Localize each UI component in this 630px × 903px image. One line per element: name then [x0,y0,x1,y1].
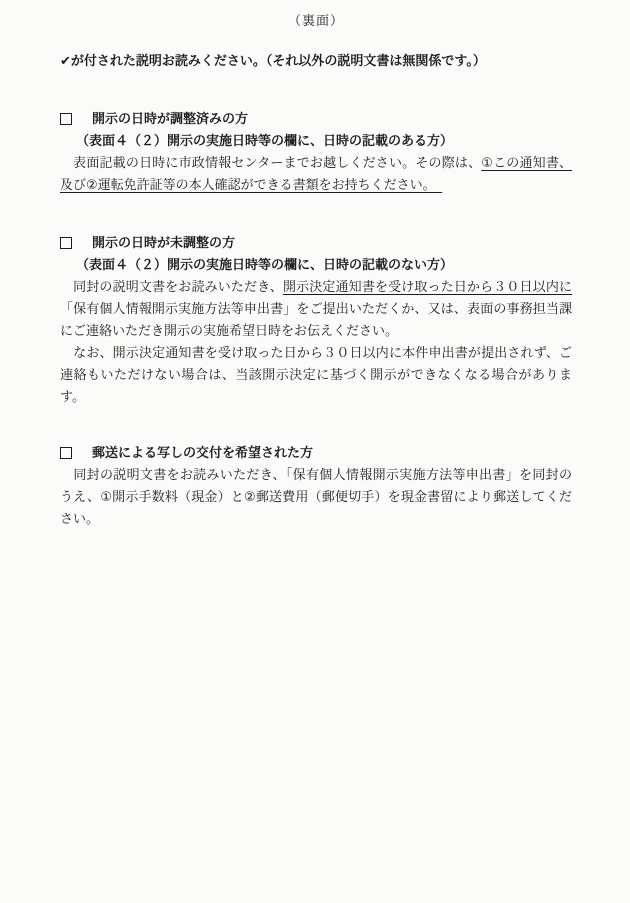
page-side-label: （裏面） [60,10,572,32]
section-paragraph: 表面記載の日時に市政情報センターまでお越しください。その際は、①この通知書、及び… [60,152,572,196]
paragraph-segment: 表面記載の日時に市政情報センターまでお越しください。その際は、 [60,155,481,170]
section-heading-row: 郵送による写しの交付を希望された方 [60,442,572,464]
paragraph-segment: 同封の説明文書をお読みいただき、 [60,279,283,294]
checkbox-icon[interactable] [60,237,72,249]
section-disclosure-date-not-arranged: 開示の日時が未調整の方 （表面４（２）開示の実施日時等の欄に、日時の記載のない方… [60,232,572,408]
checkbox-icon[interactable] [60,113,72,125]
section-heading: 郵送による写しの交付を希望された方 [92,442,313,464]
section-disclosure-date-arranged: 開示の日時が調整済みの方 （表面４（２）開示の実施日時等の欄に、日時の記載のある… [60,108,572,196]
paragraph-segment: 同封の説明文書をお読みいただき、「保有個人情報開示実施方法等申出書」を同封のうえ… [60,467,572,526]
section-copy-by-mail: 郵送による写しの交付を希望された方 同封の説明文書をお読みいただき、「保有個人情… [60,442,572,530]
section-paragraph: 同封の説明文書をお読みいただき、「保有個人情報開示実施方法等申出書」を同封のうえ… [60,464,572,530]
checkbox-icon[interactable] [60,447,72,459]
section-subheading: （表面４（２）開示の実施日時等の欄に、日時の記載のない方） [60,254,572,276]
section-heading-row: 開示の日時が未調整の方 [60,232,572,254]
section-subheading: （表面４（２）開示の実施日時等の欄に、日時の記載のある方） [60,130,572,152]
section-heading-row: 開示の日時が調整済みの方 [60,108,572,130]
paragraph-segment: なお、開示決定通知書を受け取った日から３０日以内に本件申出書が提出されず、ご連絡… [60,345,572,404]
section-heading: 開示の日時が調整済みの方 [92,108,248,130]
paragraph-segment: 「保有個人情報開示実施方法等申出書」をご提出いただくか、又は、表面の事務担当課に… [60,301,572,338]
intro-instruction: ✔が付された説明お読みください。（それ以外の説明文書は無関係です。） [60,50,572,72]
section-paragraph: 同封の説明文書をお読みいただき、開示決定通知書を受け取った日から３０日以内に「保… [60,276,572,342]
section-paragraph: なお、開示決定通知書を受け取った日から３０日以内に本件申出書が提出されず、ご連絡… [60,342,572,408]
section-heading: 開示の日時が未調整の方 [92,232,235,254]
document-page: （裏面） ✔が付された説明お読みください。（それ以外の説明文書は無関係です。） … [0,0,630,903]
paragraph-segment-underlined: 開示決定通知書を受け取った日から３０日以内に [283,279,572,294]
